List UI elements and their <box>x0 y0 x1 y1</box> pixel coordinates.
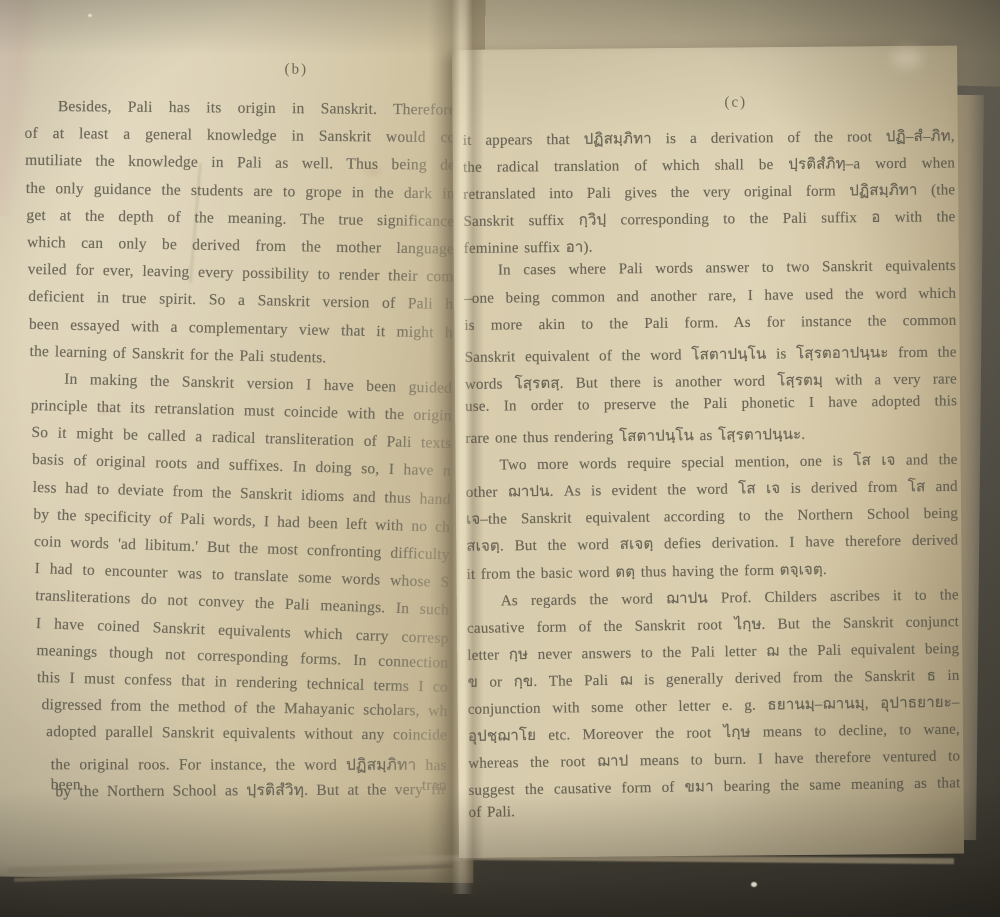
book-photo: (b) Besides, Pali has its origin in Sans… <box>0 0 1000 917</box>
dust-speck <box>88 14 92 17</box>
page-right-label: (c) <box>724 94 747 111</box>
page-left-label: (b) <box>284 61 308 78</box>
text-line: the original roos. For instance, the wor… <box>51 751 447 779</box>
page-right-text: it appears that ปฏิสมฺภิทา is a derivati… <box>463 124 961 833</box>
dust-speck <box>751 882 757 887</box>
text-line: mutiliate the knowledge in Pali as well.… <box>25 152 455 184</box>
text-line: of Pali. <box>468 798 960 833</box>
page-left-text: Besides, Pali has its origin in Sanskrit… <box>14 98 456 811</box>
text-line: by the Northern School as ปฺรติสํวิทฺ. B… <box>55 776 446 805</box>
page-right: (c) it appears that ปฏิสมฺภิทา is a deri… <box>452 46 964 858</box>
page-left: (b) Besides, Pali has its origin in Sans… <box>0 0 486 883</box>
text-line: adopted parallel Sanskrit equivalents wi… <box>46 723 447 754</box>
text-line: Besides, Pali has its origin in Sanskrit… <box>24 98 456 129</box>
